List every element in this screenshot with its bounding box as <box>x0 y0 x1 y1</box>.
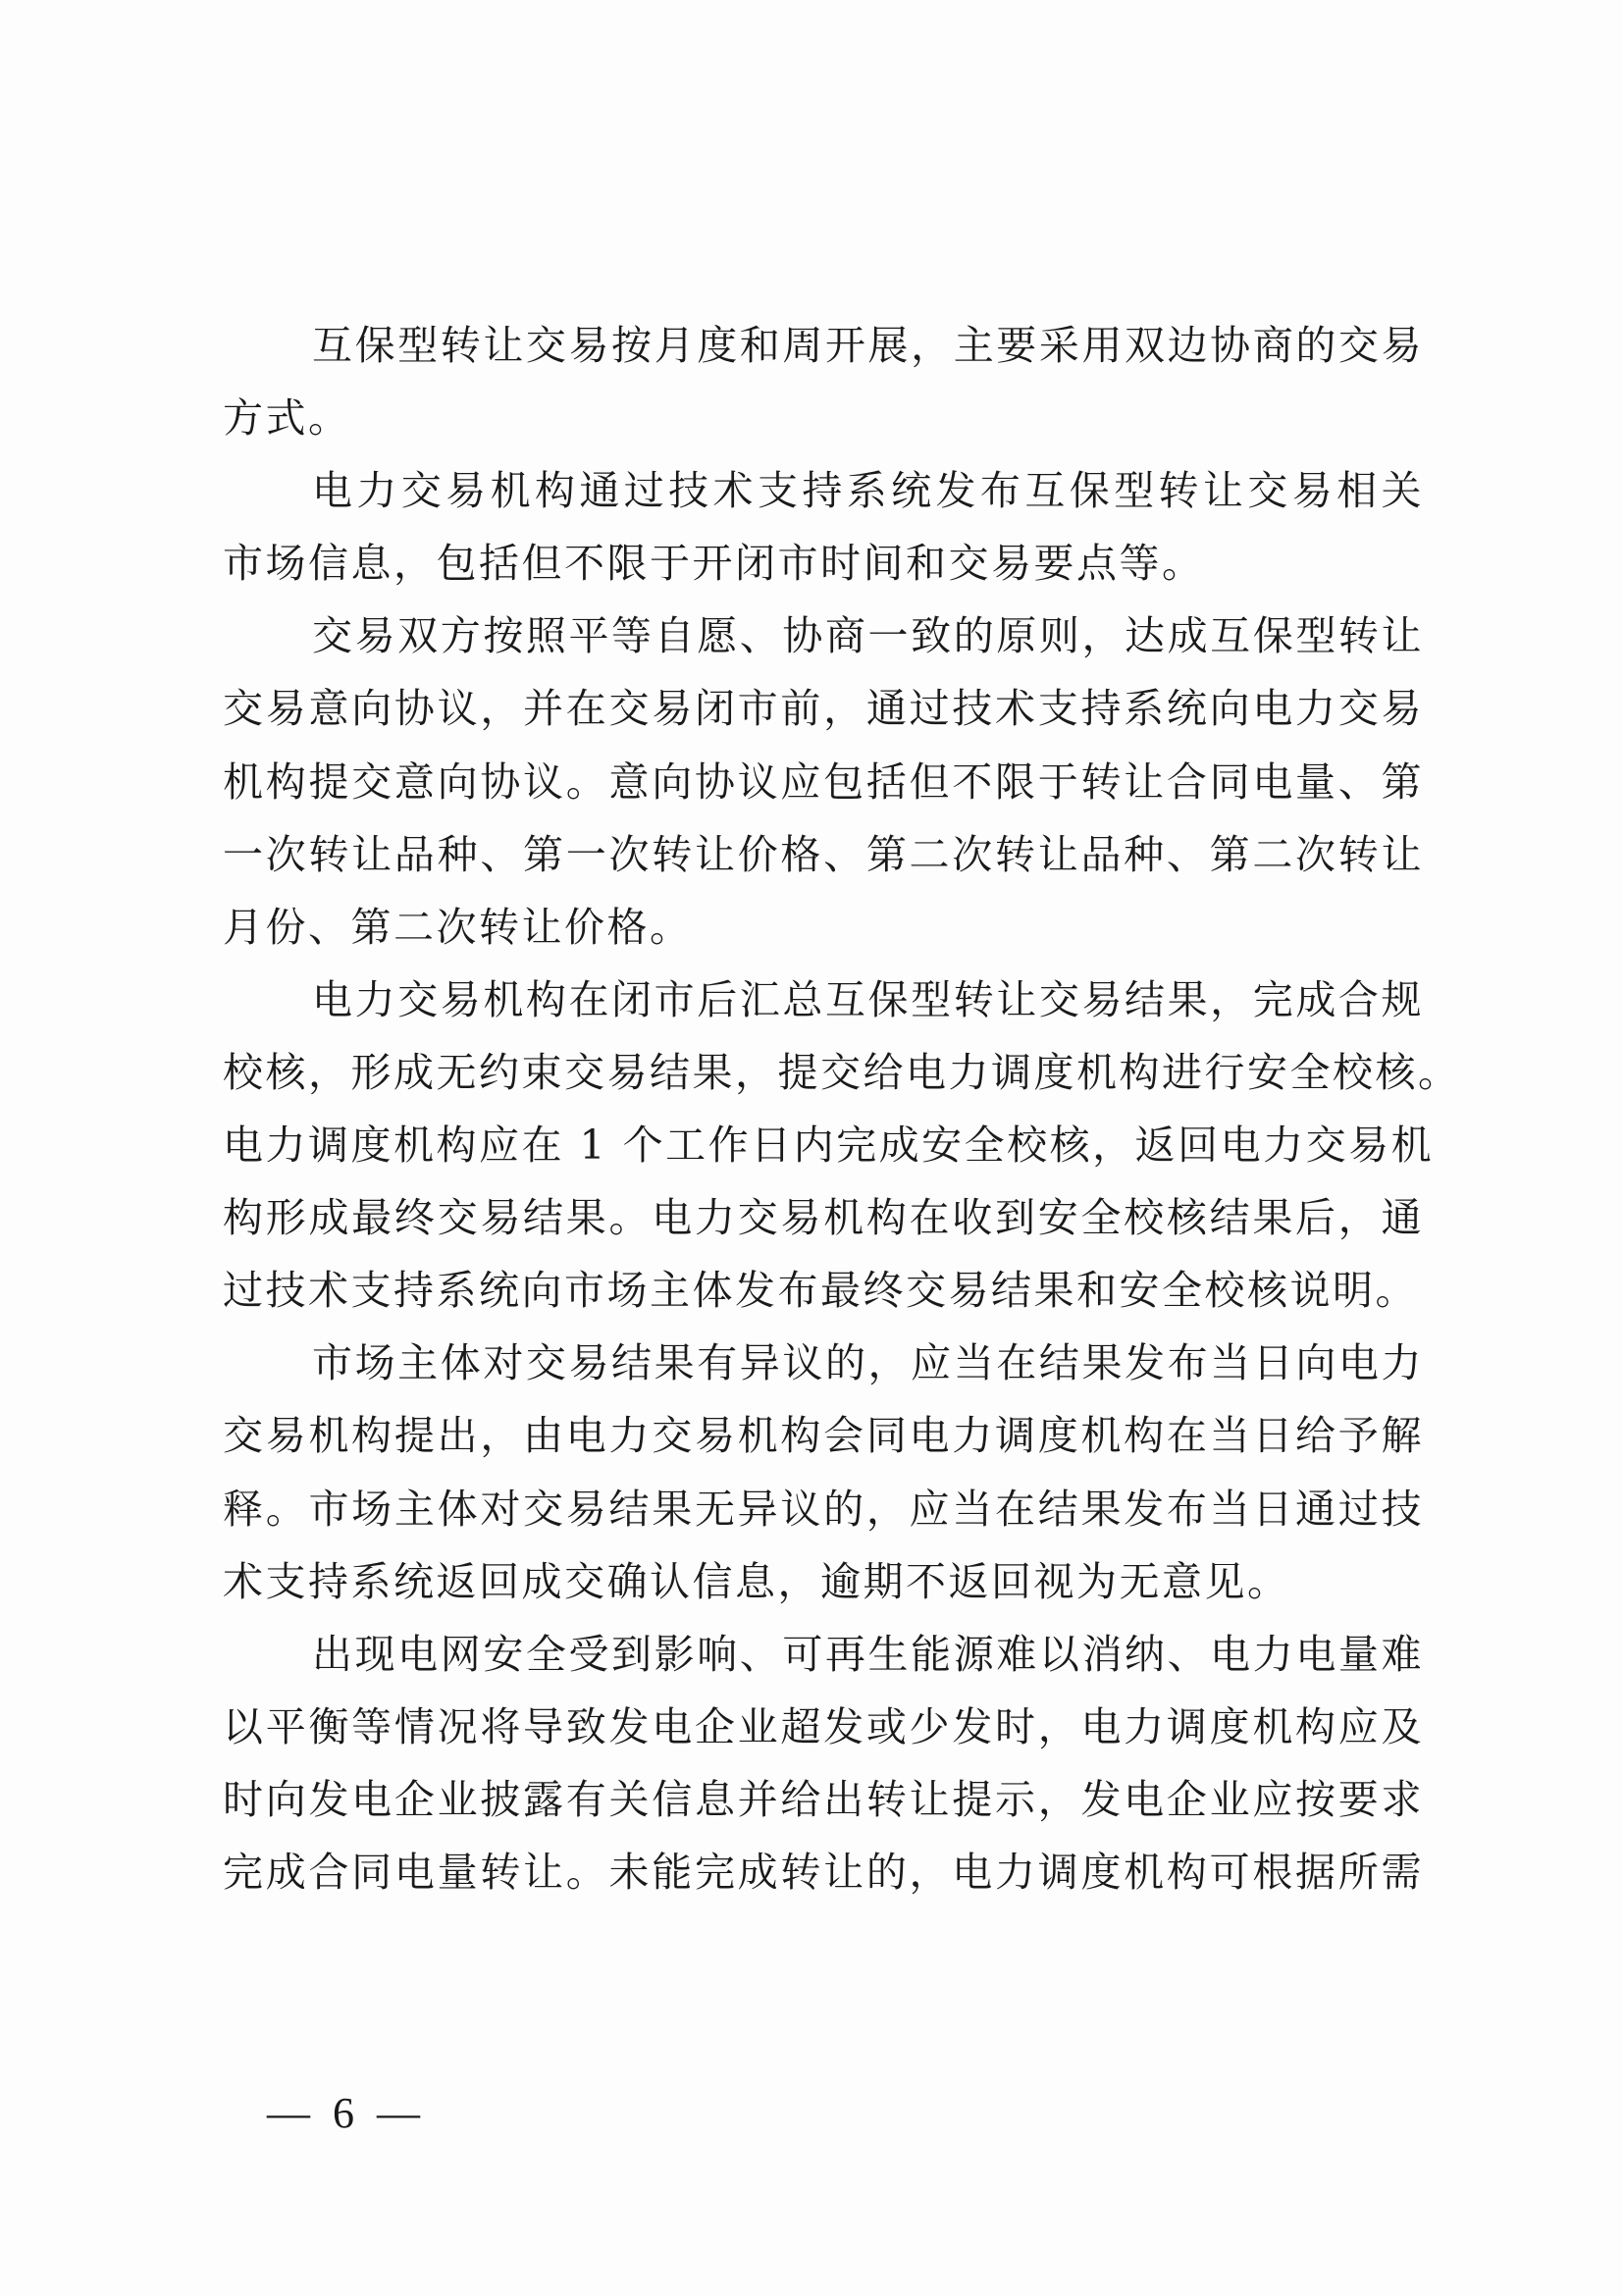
paragraph-5-line-2: 交易机构提出，由电力交易机构会同电力调度机构在当日给予解 <box>223 1399 1424 1472</box>
paragraph-6-line-4: 完成合同电量转让。未能完成转让的，电力调度机构可根据所需 <box>223 1836 1424 1908</box>
paragraph-6-line-1: 出现电网安全受到影响、可再生能源难以消纳、电力电量难 <box>223 1618 1424 1691</box>
document-page: 互保型转让交易按月度和周开展，主要采用双边协商的交易 方式。 电力交易机构通过技… <box>0 0 1623 2296</box>
paragraph-4-line-2: 校核，形成无约束交易结果，提交给电力调度机构进行安全校核。 <box>223 1036 1424 1109</box>
paragraph-2-line-2: 市场信息，包括但不限于开闭市时间和交易要点等。 <box>223 527 1424 600</box>
paragraph-3-line-2: 交易意向协议，并在交易闭市前，通过技术支持系统向电力交易 <box>223 672 1424 745</box>
paragraph-1-line-2: 方式。 <box>223 382 1424 454</box>
paragraph-6-line-2: 以平衡等情况将导致发电企业超发或少发时，电力调度机构应及 <box>223 1691 1424 1763</box>
paragraph-3-line-3: 机构提交意向协议。意向协议应包括但不限于转让合同电量、第 <box>223 746 1424 818</box>
paragraph-5-line-4: 术支持系统返回成交确认信息，逾期不返回视为无意见。 <box>223 1545 1424 1618</box>
paragraph-3-line-5: 月份、第二次转让价格。 <box>223 891 1424 964</box>
paragraph-5-line-1: 市场主体对交易结果有异议的，应当在结果发布当日向电力 <box>223 1327 1424 1399</box>
body-text: 互保型转让交易按月度和周开展，主要采用双边协商的交易 方式。 电力交易机构通过技… <box>223 309 1424 1908</box>
paragraph-4-line-5: 过技术支持系统向市场主体发布最终交易结果和安全校核说明。 <box>223 1254 1424 1327</box>
paragraph-3-line-1: 交易双方按照平等自愿、协商一致的原则，达成互保型转让 <box>223 600 1424 672</box>
paragraph-1-line-1: 互保型转让交易按月度和周开展，主要采用双边协商的交易 <box>223 309 1424 382</box>
paragraph-4-line-3: 电力调度机构应在 1 个工作日内完成安全校核，返回电力交易机 <box>223 1109 1424 1181</box>
paragraph-5-line-3: 释。市场主体对交易结果无异议的，应当在结果发布当日通过技 <box>223 1473 1424 1545</box>
paragraph-6-line-3: 时向发电企业披露有关信息并给出转让提示，发电企业应按要求 <box>223 1763 1424 1836</box>
paragraph-2-line-1: 电力交易机构通过技术支持系统发布互保型转让交易相关 <box>223 454 1424 527</box>
paragraph-4-line-4: 构形成最终交易结果。电力交易机构在收到安全校核结果后，通 <box>223 1181 1424 1254</box>
paragraph-4-line-1: 电力交易机构在闭市后汇总互保型转让交易结果，完成合规 <box>223 964 1424 1036</box>
page-number: — 6 — <box>267 2088 426 2138</box>
paragraph-3-line-4: 一次转让品种、第一次转让价格、第二次转让品种、第二次转让 <box>223 818 1424 891</box>
